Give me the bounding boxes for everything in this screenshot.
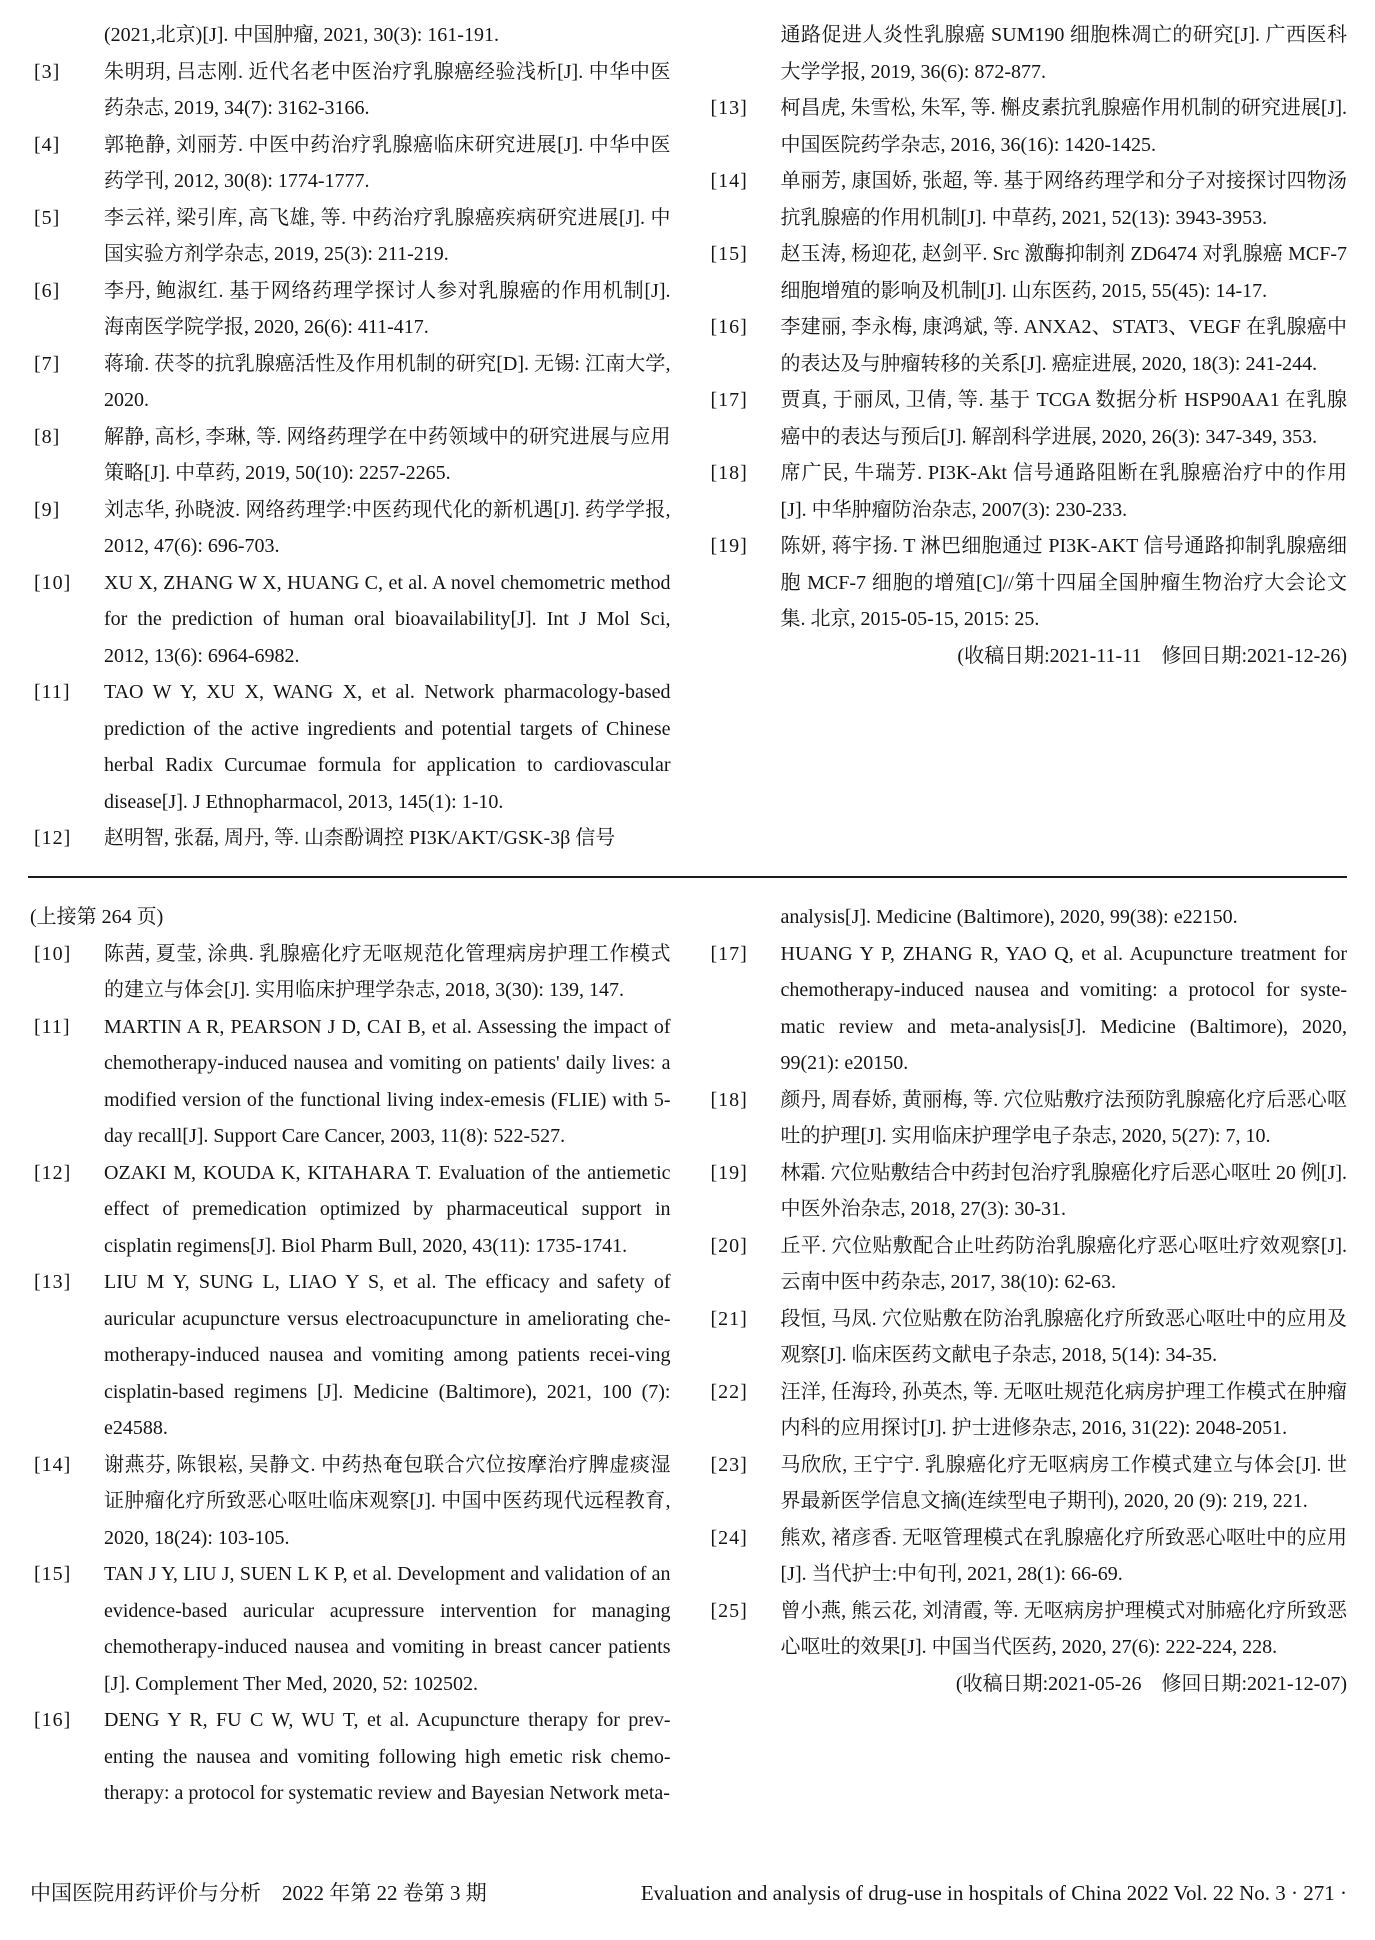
reference-item: [17]贾真, 于丽凤, 卫倩, 等. 基于 TCGA 数据分析 HSP90AA… [707,382,1348,455]
reference-text: 赵玉涛, 杨迎花, 赵剑平. Src 激酶抑制剂 ZD6474 对乳腺癌 MCF… [781,243,1348,302]
reference-number: [8] [34,419,60,456]
reference-text: 贾真, 于丽凤, 卫倩, 等. 基于 TCGA 数据分析 HSP90AA1 在乳… [781,389,1348,448]
reference-text: 汪洋, 任海玲, 孙英杰, 等. 无呕吐规范化病房护理工作模式在肿瘤内科的应用探… [781,1381,1348,1440]
reference-text: OZAKI M, KOUDA K, KITAHARA T. Evaluation… [104,1162,671,1257]
reference-text: 林霜. 穴位贴敷结合中药封包治疗乳腺癌化疗后恶心呕吐 20 例[J]. 中医外治… [781,1162,1348,1221]
reference-number: [12] [34,820,71,857]
reference-number: [15] [34,1556,71,1593]
reference-number: [5] [34,200,60,237]
references-section-1: (2021,北京)[J]. 中国肿瘤, 2021, 30(3): 161-191… [30,17,1347,857]
section1-right-column: 通路促进人炎性乳腺癌 SUM190 细胞株凋亡的研究[J]. 广西医科大学学报,… [707,17,1348,857]
reference-item: [15]赵玉涛, 杨迎花, 赵剑平. Src 激酶抑制剂 ZD6474 对乳腺癌… [707,236,1348,309]
reference-text: 解静, 高杉, 李琳, 等. 网络药理学在中药领域中的研究进展与应用策略[J].… [104,426,671,485]
reference-text: 单丽芳, 康国娇, 张超, 等. 基于网络药理学和分子对接探讨四物汤抗乳腺癌的作… [781,170,1348,229]
reference-number: [16] [711,309,748,346]
reference-number: [17] [711,382,748,419]
reference-text: 马欣欣, 王宁宁. 乳腺癌化疗无呕病房工作模式建立与体会[J]. 世界最新医学信… [781,1454,1348,1513]
reference-text: XU X, ZHANG W X, HUANG C, et al. A novel… [104,572,671,667]
reference-item: [13]柯昌虎, 朱雪松, 朱军, 等. 槲皮素抗乳腺癌作用机制的研究进展[J]… [707,90,1348,163]
reference-item: [7]蒋瑜. 茯苓的抗乳腺癌活性及作用机制的研究[D]. 无锡: 江南大学, 2… [30,346,671,419]
reference-number: [10] [34,936,71,973]
reference-text: (2021,北京)[J]. 中国肿瘤, 2021, 30(3): 161-191… [104,24,499,46]
reference-number: [24] [711,1520,748,1557]
reference-text: MARTIN A R, PEARSON J D, CAI B, et al. A… [104,1016,671,1148]
dates-line: (收稿日期:2021-11-11 修回日期:2021-12-26) [707,638,1348,675]
reference-number: [7] [34,346,60,383]
reference-item: [18]席广民, 牛瑞芳. PI3K-Akt 信号通路阻断在乳腺癌治疗中的作用[… [707,455,1348,528]
reference-item: [14]谢燕芬, 陈银崧, 吴静文. 中药热奄包联合穴位按摩治疗脾虚痰湿证肿瘤化… [30,1447,671,1557]
reference-item: [11]TAO W Y, XU X, WANG X, et al. Networ… [30,674,671,820]
reference-text: LIU M Y, SUNG L, LIAO Y S, et al. The ef… [104,1271,671,1439]
reference-item: [3]朱明玥, 吕志刚. 近代名老中医治疗乳腺癌经验浅析[J]. 中华中医药杂志… [30,54,671,127]
reference-text: 谢燕芬, 陈银崧, 吴静文. 中药热奄包联合穴位按摩治疗脾虚痰湿证肿瘤化疗所致恶… [104,1454,671,1549]
reference-text: 颜丹, 周春娇, 黄丽梅, 等. 穴位贴敷疗法预防乳腺癌化疗后恶心呕吐的护理[J… [781,1089,1348,1148]
reference-continuation: (2021,北京)[J]. 中国肿瘤, 2021, 30(3): 161-191… [30,17,671,54]
reference-item: [9]刘志华, 孙晓波. 网络药理学:中医药现代化的新机遇[J]. 药学学报, … [30,492,671,565]
reference-text: 陈妍, 蒋宇扬. T 淋巴细胞通过 PI3K-AKT 信号通路抑制乳腺癌细胞 M… [781,535,1348,630]
reference-item: [23]马欣欣, 王宁宁. 乳腺癌化疗无呕病房工作模式建立与体会[J]. 世界最… [707,1447,1348,1520]
reference-item: [17]HUANG Y P, ZHANG R, YAO Q, et al. Ac… [707,936,1348,1082]
reference-continuation: 通路促进人炎性乳腺癌 SUM190 细胞株凋亡的研究[J]. 广西医科大学学报,… [707,17,1348,90]
reference-item: [10]陈茜, 夏莹, 涂典. 乳腺癌化疗无呕规范化管理病房护理工作模式的建立与… [30,936,671,1009]
reference-number: [19] [711,528,748,565]
reference-number: [3] [34,54,60,91]
reference-item: [4]郭艳静, 刘丽芳. 中医中药治疗乳腺癌临床研究进展[J]. 中华中医药学刊… [30,127,671,200]
reference-item: [13]LIU M Y, SUNG L, LIAO Y S, et al. Th… [30,1264,671,1447]
reference-text: 刘志华, 孙晓波. 网络药理学:中医药现代化的新机遇[J]. 药学学报, 201… [104,499,671,558]
reference-item: [16]李建丽, 李永梅, 康鸿斌, 等. ANXA2、STAT3、VEGF 在… [707,309,1348,382]
reference-text: 李建丽, 李永梅, 康鸿斌, 等. ANXA2、STAT3、VEGF 在乳腺癌中… [781,316,1348,375]
reference-text: 陈茜, 夏莹, 涂典. 乳腺癌化疗无呕规范化管理病房护理工作模式的建立与体会[J… [104,943,671,1002]
reference-item: [18]颜丹, 周春娇, 黄丽梅, 等. 穴位贴敷疗法预防乳腺癌化疗后恶心呕吐的… [707,1082,1348,1155]
reference-number: [19] [711,1155,748,1192]
reference-number: [6] [34,273,60,310]
reference-text: TAO W Y, XU X, WANG X, et al. Network ph… [104,681,671,813]
reference-number: [13] [711,90,748,127]
reference-number: [18] [711,455,748,492]
reference-number: [17] [711,936,748,973]
reference-text: 李云祥, 梁引库, 高飞雄, 等. 中药治疗乳腺癌疾病研究进展[J]. 中国实验… [104,207,671,266]
reference-item: [24]熊欢, 褚彦香. 无呕管理模式在乳腺癌化疗所致恶心呕吐中的应用[J]. … [707,1520,1348,1593]
reference-continuation: analysis[J]. Medicine (Baltimore), 2020,… [707,899,1348,936]
reference-item: [19]陈妍, 蒋宇扬. T 淋巴细胞通过 PI3K-AKT 信号通路抑制乳腺癌… [707,528,1348,638]
footer-journal-title-en-page-number: Evaluation and analysis of drug-use in h… [641,1878,1347,1908]
section-divider-rule [28,876,1347,878]
reference-text: HUANG Y P, ZHANG R, YAO Q, et al. Acupun… [781,943,1348,1075]
dates-line: (收稿日期:2021-05-26 修回日期:2021-12-07) [707,1666,1348,1703]
reference-number: [18] [711,1082,748,1119]
reference-text: 赵明智, 张磊, 周丹, 等. 山柰酚调控 PI3K/AKT/GSK-3β 信号 [104,827,615,849]
reference-number: [11] [34,674,71,711]
reference-text: 丘平. 穴位贴敷配合止吐药防治乳腺癌化疗恶心呕吐疗效观察[J]. 云南中医中药杂… [781,1235,1348,1294]
reference-number: [11] [34,1009,71,1046]
reference-number: [21] [711,1301,748,1338]
reference-text: 曾小燕, 熊云花, 刘清霞, 等. 无呕病房护理模式对肺癌化疗所致恶心呕吐的效果… [781,1600,1348,1659]
reference-number: [25] [711,1593,748,1630]
continued-from-note: (上接第 264 页) [30,899,671,936]
reference-item: [20]丘平. 穴位贴敷配合止吐药防治乳腺癌化疗恶心呕吐疗效观察[J]. 云南中… [707,1228,1348,1301]
reference-item: [11]MARTIN A R, PEARSON J D, CAI B, et a… [30,1009,671,1155]
reference-number: [16] [34,1702,71,1739]
reference-number: [15] [711,236,748,273]
reference-item: [22]汪洋, 任海玲, 孙英杰, 等. 无呕吐规范化病房护理工作模式在肿瘤内科… [707,1374,1348,1447]
reference-text: 郭艳静, 刘丽芳. 中医中药治疗乳腺癌临床研究进展[J]. 中华中医药学刊, 2… [104,134,671,193]
reference-number: [9] [34,492,60,529]
section2-left-column: (上接第 264 页)[10]陈茜, 夏莹, 涂典. 乳腺癌化疗无呕规范化管理病… [30,899,671,1812]
reference-item: [15]TAN J Y, LIU J, SUEN L K P, et al. D… [30,1556,671,1702]
reference-number: [14] [711,163,748,200]
reference-text: 席广民, 牛瑞芳. PI3K-Akt 信号通路阻断在乳腺癌治疗中的作用[J]. … [781,462,1348,521]
page-footer: 中国医院用药评价与分析 2022 年第 22 卷第 3 期 Evaluation… [30,1878,1347,1908]
reference-text: (上接第 264 页) [30,906,163,928]
reference-text: DENG Y R, FU C W, WU T, et al. Acupunctu… [104,1709,671,1804]
reference-number: [12] [34,1155,71,1192]
reference-item: [16]DENG Y R, FU C W, WU T, et al. Acupu… [30,1702,671,1812]
reference-item: [19]林霜. 穴位贴敷结合中药封包治疗乳腺癌化疗后恶心呕吐 20 例[J]. … [707,1155,1348,1228]
reference-number: [20] [711,1228,748,1265]
reference-item: [6]李丹, 鲍淑红. 基于网络药理学探讨人参对乳腺癌的作用机制[J]. 海南医… [30,273,671,346]
reference-item: [5]李云祥, 梁引库, 高飞雄, 等. 中药治疗乳腺癌疾病研究进展[J]. 中… [30,200,671,273]
reference-number: [4] [34,127,60,164]
reference-item: [10]XU X, ZHANG W X, HUANG C, et al. A n… [30,565,671,675]
reference-text: 熊欢, 褚彦香. 无呕管理模式在乳腺癌化疗所致恶心呕吐中的应用[J]. 当代护士… [781,1527,1348,1586]
reference-text: (收稿日期:2021-05-26 修回日期:2021-12-07) [956,1673,1347,1695]
footer-journal-title-cn: 中国医院用药评价与分析 2022 年第 22 卷第 3 期 [30,1878,487,1908]
reference-text: TAN J Y, LIU J, SUEN L K P, et al. Devel… [104,1563,671,1695]
reference-text: 通路促进人炎性乳腺癌 SUM190 细胞株凋亡的研究[J]. 广西医科大学学报,… [781,24,1348,83]
reference-item: [12]OZAKI M, KOUDA K, KITAHARA T. Evalua… [30,1155,671,1265]
reference-item: [8]解静, 高杉, 李琳, 等. 网络药理学在中药领域中的研究进展与应用策略[… [30,419,671,492]
journal-references-page: (2021,北京)[J]. 中国肿瘤, 2021, 30(3): 161-191… [0,0,1375,1940]
reference-item: [21]段恒, 马凤. 穴位贴敷在防治乳腺癌化疗所致恶心呕吐中的应用及观察[J]… [707,1301,1348,1374]
reference-number: [22] [711,1374,748,1411]
reference-number: [10] [34,565,71,602]
reference-text: 段恒, 马凤. 穴位贴敷在防治乳腺癌化疗所致恶心呕吐中的应用及观察[J]. 临床… [781,1308,1348,1367]
reference-number: [23] [711,1447,748,1484]
section1-left-column: (2021,北京)[J]. 中国肿瘤, 2021, 30(3): 161-191… [30,17,671,857]
reference-text: 柯昌虎, 朱雪松, 朱军, 等. 槲皮素抗乳腺癌作用机制的研究进展[J]. 中国… [781,97,1348,156]
reference-text: 李丹, 鲍淑红. 基于网络药理学探讨人参对乳腺癌的作用机制[J]. 海南医学院学… [104,280,671,339]
reference-item: [14]单丽芳, 康国娇, 张超, 等. 基于网络药理学和分子对接探讨四物汤抗乳… [707,163,1348,236]
reference-text: (收稿日期:2021-11-11 修回日期:2021-12-26) [957,645,1347,667]
reference-text: 朱明玥, 吕志刚. 近代名老中医治疗乳腺癌经验浅析[J]. 中华中医药杂志, 2… [104,61,671,120]
reference-text: 蒋瑜. 茯苓的抗乳腺癌活性及作用机制的研究[D]. 无锡: 江南大学, 2020… [104,353,671,412]
reference-number: [13] [34,1264,71,1301]
reference-item: [25]曾小燕, 熊云花, 刘清霞, 等. 无呕病房护理模式对肺癌化疗所致恶心呕… [707,1593,1348,1666]
references-section-2: (上接第 264 页)[10]陈茜, 夏莹, 涂典. 乳腺癌化疗无呕规范化管理病… [30,899,1347,1812]
section2-right-column: analysis[J]. Medicine (Baltimore), 2020,… [707,899,1348,1812]
reference-number: [14] [34,1447,71,1484]
reference-item: [12]赵明智, 张磊, 周丹, 等. 山柰酚调控 PI3K/AKT/GSK-3… [30,820,671,857]
reference-text: analysis[J]. Medicine (Baltimore), 2020,… [781,906,1238,928]
